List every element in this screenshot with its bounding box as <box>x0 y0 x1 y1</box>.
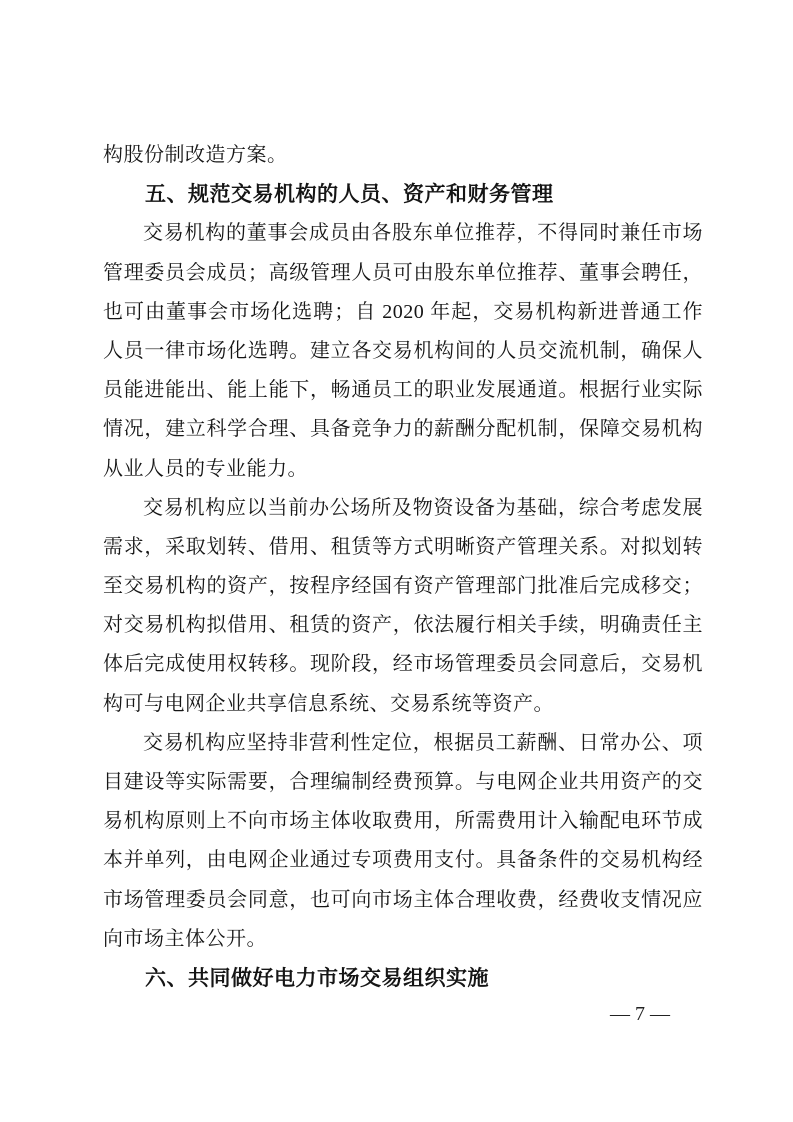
body-line: 员能进能出、能上能下，畅通员工的职业发展通道。根据行业实际 <box>103 371 703 410</box>
body-line: 交易机构应以当前办公场所及物资设备为基础，综合考虑发展 <box>103 489 703 528</box>
body-line: 本并单列，由电网企业通过专项费用支付。具备条件的交易机构经 <box>103 841 703 880</box>
body-line: 至交易机构的资产，按程序经国有资产管理部门批准后完成移交； <box>103 567 703 606</box>
body-line: 从业人员的专业能力。 <box>103 450 703 489</box>
body-line: 向市场主体公开。 <box>103 920 703 959</box>
document-text-block: 构股份制改造方案。 五、规范交易机构的人员、资产和财务管理 交易机构的董事会成员… <box>103 136 703 998</box>
body-line: 情况，建立科学合理、具备竞争力的薪酬分配机制，保障交易机构 <box>103 410 703 449</box>
body-line: 人员一律市场化选聘。建立各交易机构间的人员交流机制，确保人 <box>103 332 703 371</box>
body-line: 对交易机构拟借用、租赁的资产，依法履行相关手续，明确责任主 <box>103 606 703 645</box>
page-number: — 7 — <box>610 1000 670 1028</box>
carryover-line: 构股份制改造方案。 <box>103 136 703 175</box>
body-line: 市场管理委员会同意，也可向市场主体合理收费，经费收支情况应 <box>103 881 703 920</box>
body-line: 构可与电网企业共享信息系统、交易系统等资产。 <box>103 685 703 724</box>
body-line: 易机构原则上不向市场主体收取费用，所需费用计入输配电环节成 <box>103 802 703 841</box>
body-line: 体后完成使用权转移。现阶段，经市场管理委员会同意后，交易机 <box>103 645 703 684</box>
body-line: 交易机构的董事会成员由各股东单位推荐，不得同时兼任市场 <box>103 214 703 253</box>
section-6-heading: 六、共同做好电力市场交易组织实施 <box>103 959 703 998</box>
section-5-heading: 五、规范交易机构的人员、资产和财务管理 <box>103 175 703 214</box>
body-line: 也可由董事会市场化选聘；自 2020 年起，交易机构新进普通工作 <box>103 293 703 332</box>
body-line: 需求，采取划转、借用、租赁等方式明晰资产管理关系。对拟划转 <box>103 528 703 567</box>
body-line: 交易机构应坚持非营利性定位，根据员工薪酬、日常办公、项 <box>103 724 703 763</box>
body-line: 管理委员会成员；高级管理人员可由股东单位推荐、董事会聘任， <box>103 254 703 293</box>
body-line: 目建设等实际需要，合理编制经费预算。与电网企业共用资产的交 <box>103 763 703 802</box>
